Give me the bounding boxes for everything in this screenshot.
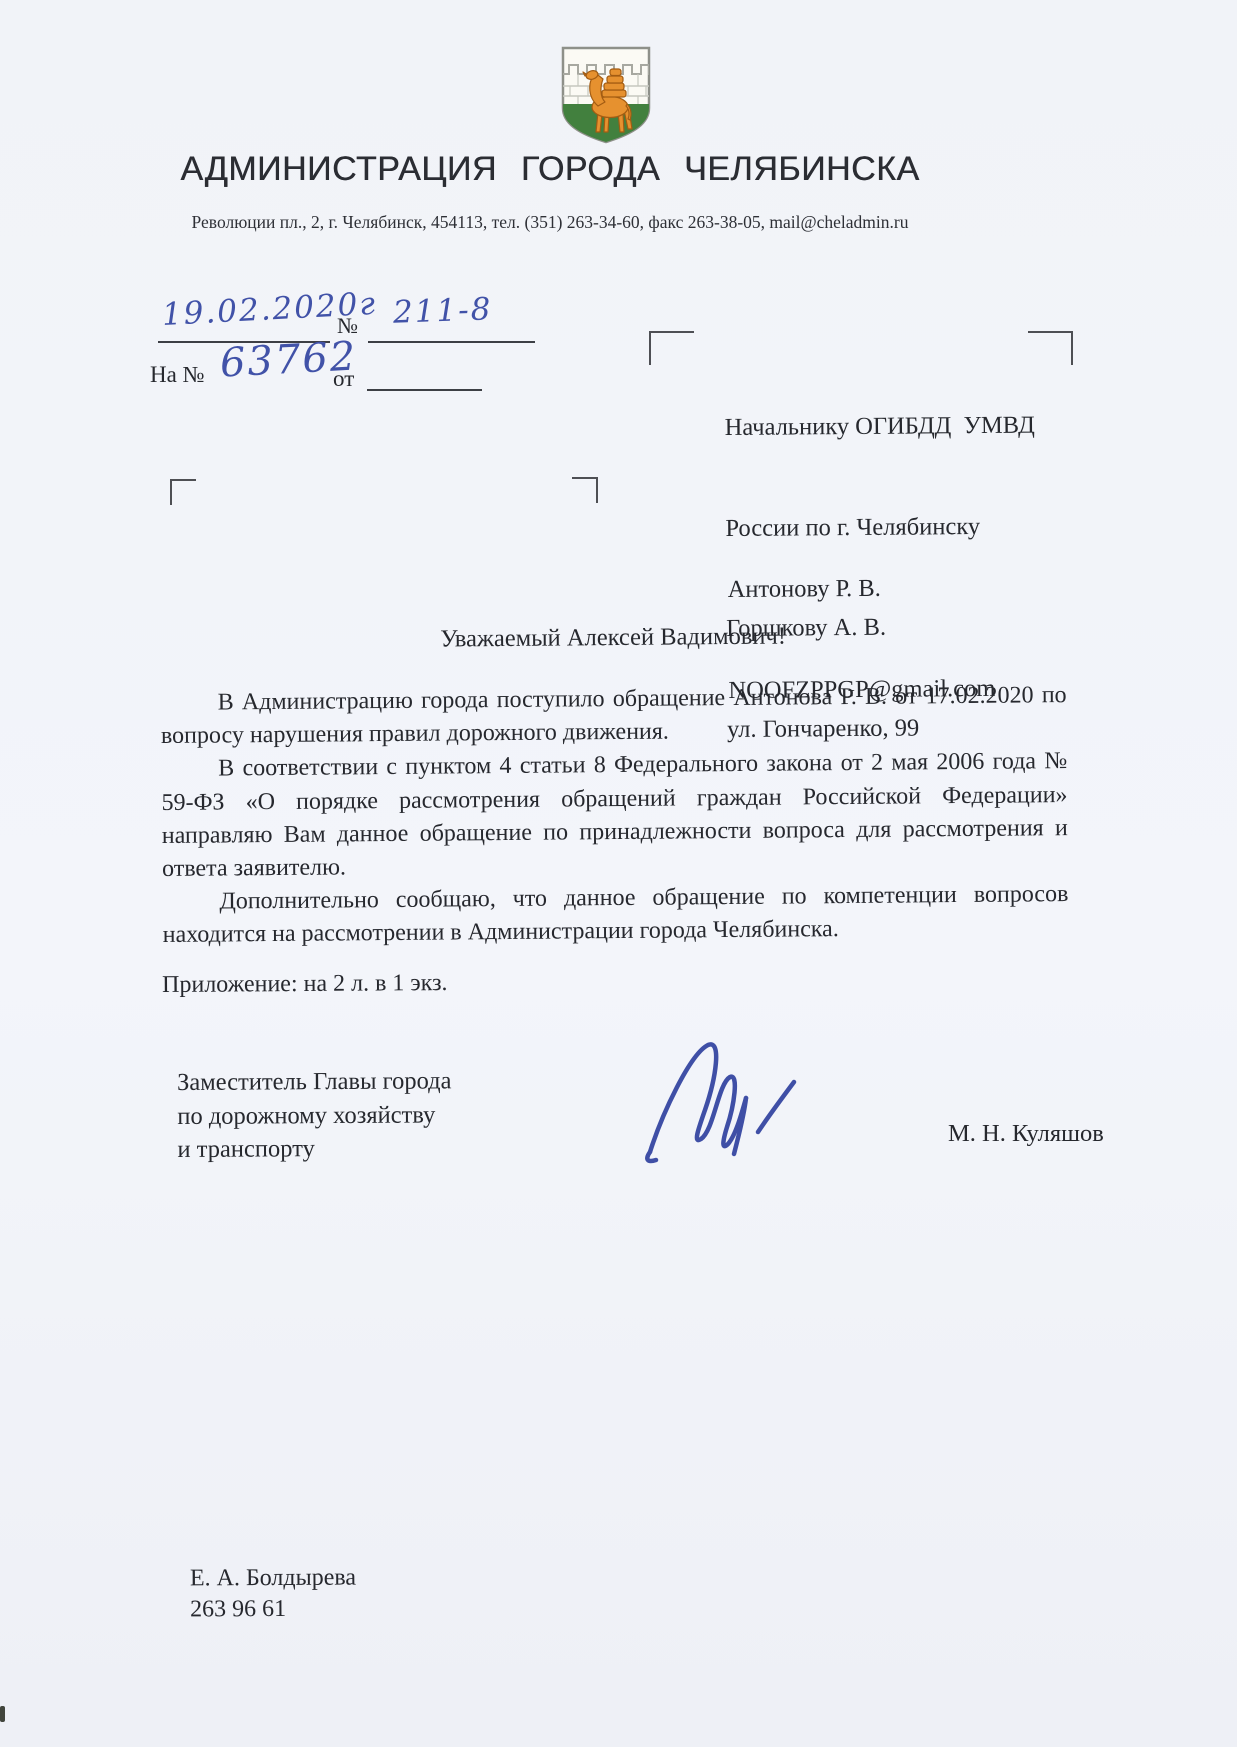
executor-block: Е. А. Болдырева 263 96 61 — [190, 1563, 356, 1626]
org-name-heading: АДМИНИСТРАЦИЯ ГОРОДА ЧЕЛЯБИНСКА — [50, 150, 1050, 189]
scanned-letter-page: АДМИНИСТРАЦИЯ ГОРОДА ЧЕЛЯБИНСКА Революци… — [0, 0, 1237, 1747]
incoming-date-prefix-label: от — [333, 366, 354, 392]
address-zone-corner-mark-right — [572, 477, 598, 503]
org-address-line: Революции пл., 2, г. Челябинск, 454113, … — [50, 212, 1050, 233]
incoming-date-underline — [367, 389, 482, 391]
outgoing-number-handwritten: 211-8 — [392, 291, 493, 330]
letter-body: Уважаемый Алексей Вадимович! В Администр… — [160, 620, 1069, 953]
body-paragraph: В соответствии с пунктом 4 статьи 8 Феде… — [161, 745, 1068, 886]
incoming-number-prefix-label: На № — [150, 362, 205, 388]
body-paragraph: Дополнительно сообщаю, что данное обраще… — [162, 878, 1069, 952]
body-paragraph: В Администрацию города поступило обращен… — [161, 679, 1068, 753]
signer-position-block: Заместитель Главы города по дорожному хо… — [177, 1064, 452, 1166]
executor-name: Е. А. Болдырева — [190, 1563, 356, 1595]
signer-position-line: по дорожному хозяйству — [177, 1098, 452, 1133]
signer-position-line: и транспорту — [177, 1131, 452, 1166]
attachment-note: Приложение: на 2 л. в 1 экз. — [162, 970, 448, 999]
executor-phone: 263 96 61 — [190, 1594, 356, 1626]
recipient-zone-corner-mark-right — [1028, 331, 1073, 365]
recipient-zone-corner-mark-left — [649, 331, 694, 365]
chelyabinsk-coat-of-arms-icon — [558, 44, 654, 148]
scan-artifact — [0, 1706, 5, 1722]
number-underline — [368, 341, 535, 343]
address-zone-corner-mark-left — [170, 479, 196, 505]
recipient-line: Начальнику ОГИБДД УМВД — [725, 409, 1035, 445]
salutation: Уважаемый Алексей Вадимович! — [160, 620, 1066, 656]
handwritten-signature-icon — [640, 1032, 830, 1172]
signer-position-line: Заместитель Главы города — [177, 1064, 452, 1099]
applicant-name: Антонову Р. В. — [728, 571, 995, 607]
signer-name: М. Н. Куляшов — [948, 1120, 1104, 1148]
